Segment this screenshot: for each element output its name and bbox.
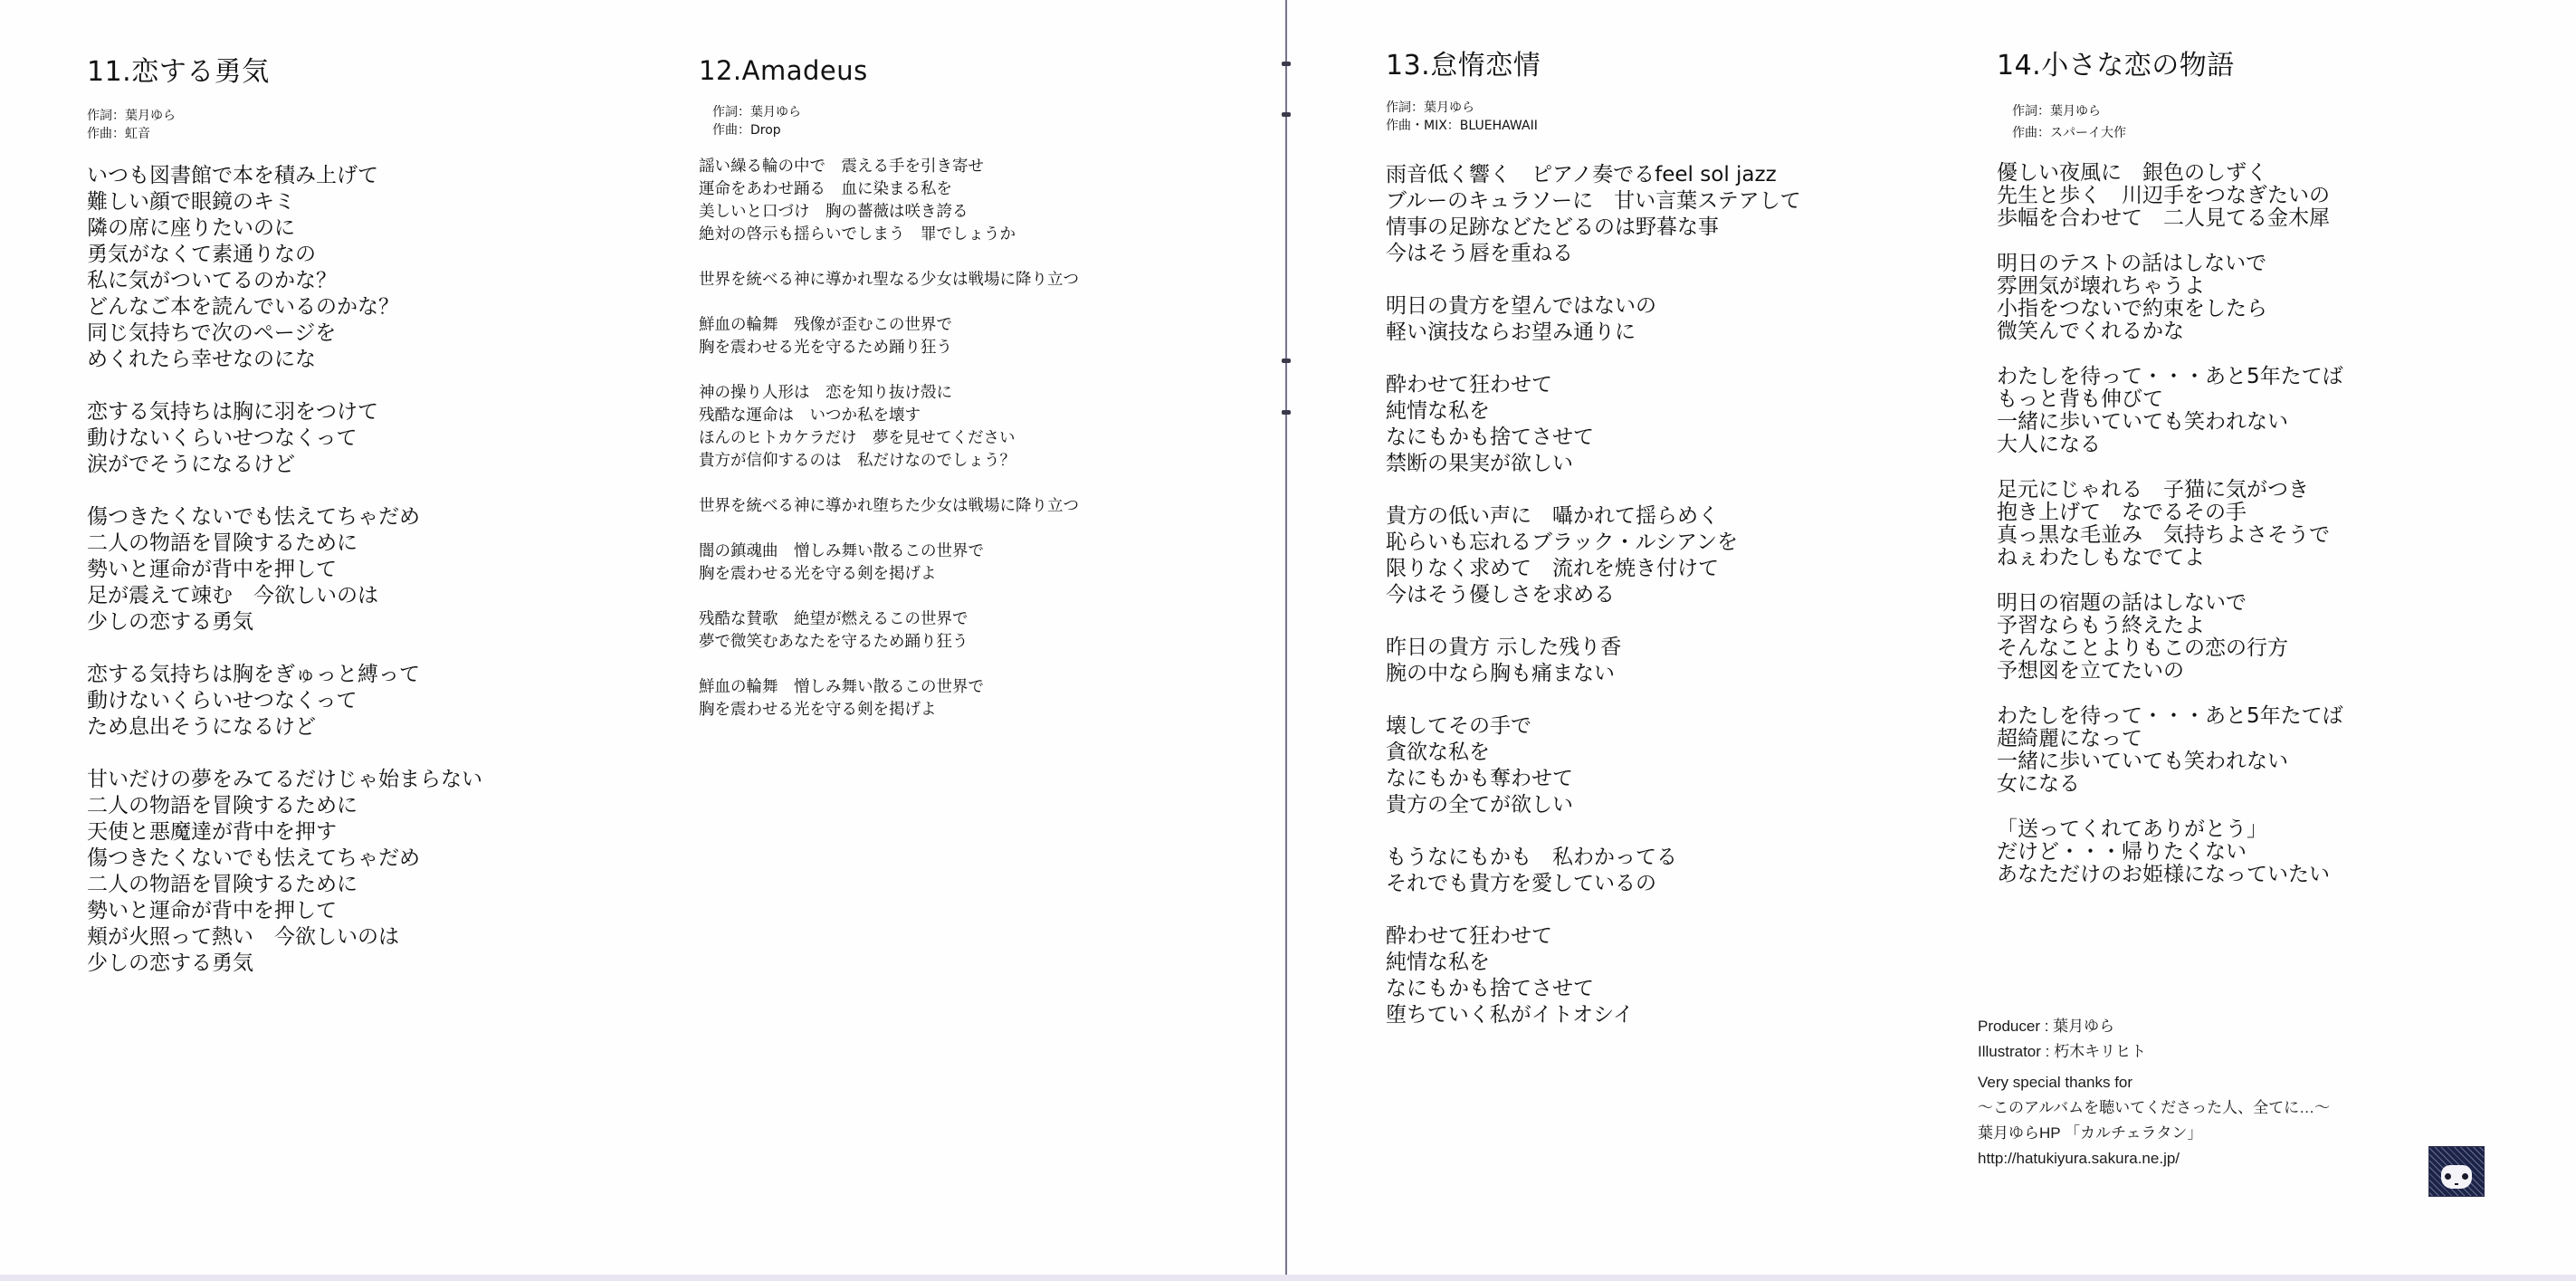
lyricist-credit: 作詞：葉月ゆら [2012,100,2343,122]
lyric-line: 世界を統べる神に導かれ聖なる少女は戦場に降り立つ [699,269,1079,292]
lyric-stanza: 神の操り人形は 恋を知り抜け殻に残酷な運命は いつか私を壊すほんのヒトカケラだけ… [699,382,1079,473]
lyric-line: 世界を統べる神に導かれ堕ちた少女は戦場に降り立つ [699,495,1079,518]
lyric-line: 一緒に歩いていても笑われない [1997,411,2343,434]
scan-edge [0,1275,2576,1281]
song-credits: 作詞：葉月ゆら 作曲：虹音 [87,107,482,143]
lyric-line: 女になる [1997,773,2343,796]
character-face-icon [2428,1146,2485,1197]
lyric-line: わたしを待って・・・あと5年たてば [1997,705,2343,728]
lyric-line: 真っ黒な毛並み 気持ちよさそうで [1997,524,2343,547]
lyric-line: 予習ならもう終えたよ [1997,615,2343,637]
lyric-stanza: 貴方の低い声に 囁かれて揺らめく恥らいも忘れるブラック・ルシアンを限りなく求めて… [1386,503,1801,608]
song-credits: 作詞：葉月ゆら 作曲・MIX：BLUEHAWAII [1386,99,1801,135]
lyric-line: 鮮血の輪舞 憎しみ舞い散るこの世界で [699,676,1079,699]
face [2441,1165,2472,1189]
lyric-line: 傷つきたくないでも怯えてちゃだめ [87,846,482,872]
lyric-stanza: 残酷な賛歌 絶望が燃えるこの世界で夢で微笑むあなたを守るため踊り狂う [699,608,1079,654]
lyric-stanza: 傷つきたくないでも怯えてちゃだめ二人の物語を冒険するために勢いと運命が背中を押し… [87,504,482,636]
lyric-line: 胸を震わせる光を守る剣を掲げよ [699,563,1079,586]
lyric-line: 勢いと運命が背中を押して [87,557,482,583]
lyric-stanza: 鮮血の輪舞 残像が歪むこの世界で胸を震わせる光を守るため踊り狂う [699,314,1079,359]
lyric-line: 優しい夜風に 銀色のしずく [1997,162,2343,185]
song-title: 12.Amadeus [699,54,1079,87]
lyric-line: 酔わせて狂わせて [1386,372,1801,398]
lyric-line: 雨音低く響く ピアノ奏でるfeel sol jazz [1386,162,1801,188]
lyrics: 雨音低く響く ピアノ奏でるfeel sol jazzブルーのキュラソーに 甘い言… [1386,162,1801,1028]
lyric-line: だけど・・・帰りたくない [1997,841,2343,864]
lyric-line: 動けないくらいせつなくって [87,688,482,714]
lyric-line: 超綺麗になって [1997,728,2343,750]
lyric-line: 抱き上げて なでるその手 [1997,502,2343,524]
lyric-line: 今はそう優しさを求める [1386,582,1801,608]
lyric-line: 天使と悪魔達が背中を押す [87,819,482,846]
lyric-line: 鮮血の輪舞 残像が歪むこの世界で [699,314,1079,337]
lyric-stanza: 雨音低く響く ピアノ奏でるfeel sol jazzブルーのキュラソーに 甘い言… [1386,162,1801,267]
lyric-line: 残酷な運命は いつか私を壊す [699,405,1079,427]
lyric-line: 雰囲気が壊れちゃうよ [1997,275,2343,298]
lyric-line: なにもかも捨てさせて [1386,976,1801,1002]
lyric-line: 貴方の低い声に 囁かれて揺らめく [1386,503,1801,530]
illustrator-credit: Illustrator : 朽木キリヒト [1978,1039,2330,1065]
lyric-line: 胸を震わせる光を守るため踊り狂う [699,337,1079,359]
lyric-line: 絶対の啓示も揺らいでしまう 罪でしょうか [699,224,1079,246]
lyric-line: 隣の席に座りたいのに [87,215,482,242]
lyric-line: 頬が火照って熱い 今欲しいのは [87,924,482,951]
lyric-line: 明日の貴方を望んではないの [1386,293,1801,320]
eye [2445,1173,2451,1180]
lyric-line: もっと背も伸びて [1997,388,2343,411]
eye [2462,1173,2468,1180]
lyric-line: 少しの恋する勇気 [87,951,482,977]
lyric-stanza: 世界を統べる神に導かれ聖なる少女は戦場に降り立つ [699,269,1079,292]
lyric-line: 今はそう唇を重ねる [1386,241,1801,267]
lyric-line: 少しの恋する勇気 [87,609,482,636]
staple [1282,62,1291,66]
lyric-line: 二人の物語を冒険するために [87,793,482,819]
lyric-line: 夢で微笑むあなたを守るため踊り狂う [699,631,1079,654]
lyric-line: 恋する気持ちは胸をぎゅっと縛って [87,662,482,688]
lyric-stanza: もうなにもかも 私わかってるそれでも貴方を愛しているの [1386,845,1801,897]
lyric-line: わたしを待って・・・あと5年たてば [1997,366,2343,388]
lyric-line: 甘いだけの夢をみてるだけじゃ始まらない [87,767,482,793]
lyricist-credit: 作詞：葉月ゆら [87,107,482,125]
lyric-line: 純情な私を [1386,398,1801,425]
lyric-line: ほんのヒトカケラだけ 夢を見せてください [699,427,1079,450]
lyric-line: 恥らいも忘れるブラック・ルシアンを [1386,530,1801,556]
lyric-stanza: 恋する気持ちは胸に羽をつけて動けないくらいせつなくって涙がでそうになるけど [87,399,482,478]
lyric-line: 涙がでそうになるけど [87,452,482,478]
lyric-line: 大人になる [1997,434,2343,456]
song-title: 11.恋する勇気 [87,56,482,89]
lyric-line: いつも図書館で本を積み上げて [87,163,482,189]
lyric-line: 酔わせて狂わせて [1386,923,1801,950]
lyric-line: 昨日の貴方 示した残り香 [1386,635,1801,661]
song-title: 14.小さな恋の物語 [1997,50,2343,82]
lyric-stanza: 鮮血の輪舞 憎しみ舞い散るこの世界で胸を震わせる光を守る剣を掲げよ [699,676,1079,722]
composer-credit: 作曲・MIX：BLUEHAWAII [1386,117,1801,135]
lyric-line: あなただけのお姫様になっていたい [1997,864,2343,886]
lyrics: 謡い繰る輪の中で 震える手を引き寄せ運命をあわせ踊る 血に染まる私を美しいと口づ… [699,156,1079,722]
lyric-line: 勢いと運命が背中を押して [87,898,482,924]
song-credits: 作詞：葉月ゆら 作曲：スパーイ大作 [2012,100,2343,144]
lyric-line: なにもかも捨てさせて [1386,425,1801,451]
lyric-stanza: 壊してその手で貪欲な私をなにもかも奪わせて貴方の全てが欲しい [1386,713,1801,818]
lyric-stanza: 優しい夜風に 銀色のしずく先生と歩く 川辺手をつなぎたいの歩幅を合わせて 二人見… [1997,162,2343,230]
lyric-line: なにもかも奪わせて [1386,766,1801,792]
lyric-line: 壊してその手で [1386,713,1801,740]
staple [1282,410,1291,415]
lyric-line: 一緒に歩いていても笑われない [1997,750,2343,773]
lyric-line: 貪欲な私を [1386,740,1801,766]
lyric-stanza: わたしを待って・・・あと5年たてば超綺麗になって一緒に歩いていても笑われない女に… [1997,705,2343,796]
lyric-line: 傷つきたくないでも怯えてちゃだめ [87,504,482,531]
lyric-line: それでも貴方を愛しているの [1386,871,1801,897]
lyric-line: ねぇわたしもなでてよ [1997,547,2343,569]
lyric-stanza: 酔わせて狂わせて純情な私をなにもかも捨てさせて禁断の果実が欲しい [1386,372,1801,477]
lyric-line: 小指をつないで約束をしたら [1997,298,2343,320]
staple [1282,112,1291,117]
lyrics: 優しい夜風に 銀色のしずく先生と歩く 川辺手をつなぎたいの歩幅を合わせて 二人見… [1997,162,2343,886]
song-credits: 作詞：葉月ゆら 作曲：Drop [712,103,1079,139]
lyric-line: 神の操り人形は 恋を知り抜け殻に [699,382,1079,405]
booklet-fold [1285,0,1287,1275]
lyric-line: 情事の足跡などたどるのは野暮な事 [1386,215,1801,241]
lyric-line: 歩幅を合わせて 二人見てる金木犀 [1997,207,2343,230]
lyric-line: ため息出そうになるけど [87,714,482,741]
lyric-line: 明日の宿題の話はしないで [1997,592,2343,615]
lyric-stanza: 闇の鎮魂曲 憎しみ舞い散るこの世界で胸を震わせる光を守る剣を掲げよ [699,540,1079,586]
lyric-stanza: わたしを待って・・・あと5年たてばもっと背も伸びて一緒に歩いていても笑われない大… [1997,366,2343,456]
lyric-line: 予想図を立てたいの [1997,660,2343,683]
lyric-line: 恋する気持ちは胸に羽をつけて [87,399,482,425]
lyric-stanza: 甘いだけの夢をみてるだけじゃ始まらない二人の物語を冒険するために天使と悪魔達が背… [87,767,482,977]
lyric-stanza: いつも図書館で本を積み上げて難しい顔で眼鏡のキミ隣の席に座りたいのに勇気がなくて… [87,163,482,373]
lyric-line: 運命をあわせ踊る 血に染まる私を [699,178,1079,201]
lyric-stanza: 明日のテストの話はしないで雰囲気が壊れちゃうよ小指をつないで約束をしたら微笑んで… [1997,253,2343,343]
lyric-line: 明日のテストの話はしないで [1997,253,2343,275]
lyric-line: 貴方が信仰するのは 私だけなのでしょう？ [699,450,1079,473]
lyric-line: ブルーのキュラソーに 甘い言葉ステアして [1386,188,1801,215]
lyric-line: もうなにもかも 私わかってる [1386,845,1801,871]
song-title: 13.怠惰恋情 [1386,50,1801,82]
composer-credit: 作曲：虹音 [87,125,482,143]
lyric-line: 私に気がついてるのかな？ [87,268,482,294]
lyric-line: 貴方の全てが欲しい [1386,792,1801,818]
staple [1282,358,1291,363]
composer-credit: 作曲：Drop [712,121,1079,139]
lyric-line: 限りなく求めて 流れを焼き付けて [1386,556,1801,582]
lyrics: いつも図書館で本を積み上げて難しい顔で眼鏡のキミ隣の席に座りたいのに勇気がなくて… [87,163,482,977]
lyric-line: 「送ってくれてありがとう」 [1997,818,2343,841]
lyric-line: 勇気がなくて素通りなの [87,242,482,268]
song-12: 12.Amadeus 作詞：葉月ゆら 作曲：Drop 謡い繰る輪の中で 震える手… [699,54,1079,744]
lyric-stanza: 謡い繰る輪の中で 震える手を引き寄せ運命をあわせ踊る 血に染まる私を美しいと口づ… [699,156,1079,246]
song-13: 13.怠惰恋情 作詞：葉月ゆら 作曲・MIX：BLUEHAWAII 雨音低く響く… [1386,50,1801,1055]
lyric-line: 胸を震わせる光を守る剣を掲げよ [699,699,1079,722]
lyric-stanza: 明日の貴方を望んではないの軽い演技ならお望み通りに [1386,293,1801,346]
lyric-stanza: 昨日の貴方 示した残り香腕の中なら胸も痛まない [1386,635,1801,687]
lyric-line: 純情な私を [1386,950,1801,976]
lyric-stanza: 明日の宿題の話はしないで予習ならもう終えたよそんなことよりもこの恋の行方予想図を… [1997,592,2343,683]
lyric-line: そんなことよりもこの恋の行方 [1997,637,2343,660]
lyric-line: 二人の物語を冒険するために [87,872,482,898]
mouth [2455,1183,2458,1185]
lyric-line: 謡い繰る輪の中で 震える手を引き寄せ [699,156,1079,178]
lyric-stanza: 酔わせて狂わせて純情な私をなにもかも捨てさせて堕ちていく私がイトオシイ [1386,923,1801,1028]
lyric-stanza: 恋する気持ちは胸をぎゅっと縛って動けないくらいせつなくってため息出そうになるけど [87,662,482,741]
lyric-line: 軽い演技ならお望み通りに [1386,320,1801,346]
song-11: 11.恋する勇気 作詞：葉月ゆら 作曲：虹音 いつも図書館で本を積み上げて難しい… [87,56,482,1003]
lyric-line: 足元にじゃれる 子猫に気がつき [1997,479,2343,502]
lyric-stanza: 世界を統べる神に導かれ堕ちた少女は戦場に降り立つ [699,495,1079,518]
lyric-line: 動けないくらいせつなくって [87,425,482,452]
lyric-line: 微笑んでくれるかな [1997,320,2343,343]
lyric-line: 美しいと口づけ 胸の薔薇は咲き誇る [699,201,1079,224]
lyricist-credit: 作詞：葉月ゆら [712,103,1079,121]
lyric-line: 二人の物語を冒険するために [87,531,482,557]
thanks-text: ～このアルバムを聴いてくださった人、全てに…～ [1978,1095,2330,1121]
lyric-line: 足が震えて竦む 今欲しいのは [87,583,482,609]
lyric-line: 禁断の果実が欲しい [1386,451,1801,477]
composer-credit: 作曲：スパーイ大作 [2012,122,2343,144]
album-credits: Producer : 葉月ゆら Illustrator : 朽木キリヒト Ver… [1978,1014,2330,1171]
lyric-line: 堕ちていく私がイトオシイ [1386,1002,1801,1028]
lyric-line: めくれたら幸せなのにな [87,347,482,373]
lyric-line: 残酷な賛歌 絶望が燃えるこの世界で [699,608,1079,631]
lyric-line: 腕の中なら胸も痛まない [1386,661,1801,687]
lyric-line: 難しい顔で眼鏡のキミ [87,189,482,215]
lyric-stanza: 「送ってくれてありがとう」だけど・・・帰りたくないあなただけのお姫様になっていた… [1997,818,2343,886]
lyric-line: 闇の鎮魂曲 憎しみ舞い散るこの世界で [699,540,1079,563]
lyricist-credit: 作詞：葉月ゆら [1386,99,1801,117]
homepage-url[interactable]: http://hatukiyura.sakura.ne.jp/ [1978,1146,2330,1171]
lyric-stanza: 足元にじゃれる 子猫に気がつき抱き上げて なでるその手真っ黒な毛並み 気持ちよさ… [1997,479,2343,569]
thanks-heading: Very special thanks for [1978,1070,2330,1095]
lyric-line: どんなご本を読んでいるのかな？ [87,294,482,320]
lyric-line: 先生と歩く 川辺手をつなぎたいの [1997,185,2343,207]
producer-credit: Producer : 葉月ゆら [1978,1014,2330,1039]
song-14: 14.小さな恋の物語 作詞：葉月ゆら 作曲：スパーイ大作 優しい夜風に 銀色のし… [1997,50,2343,909]
homepage-label: 葉月ゆらHP 「カルチェラタン」 [1978,1121,2330,1146]
lyric-line: 同じ気持ちで次のページを [87,320,482,347]
